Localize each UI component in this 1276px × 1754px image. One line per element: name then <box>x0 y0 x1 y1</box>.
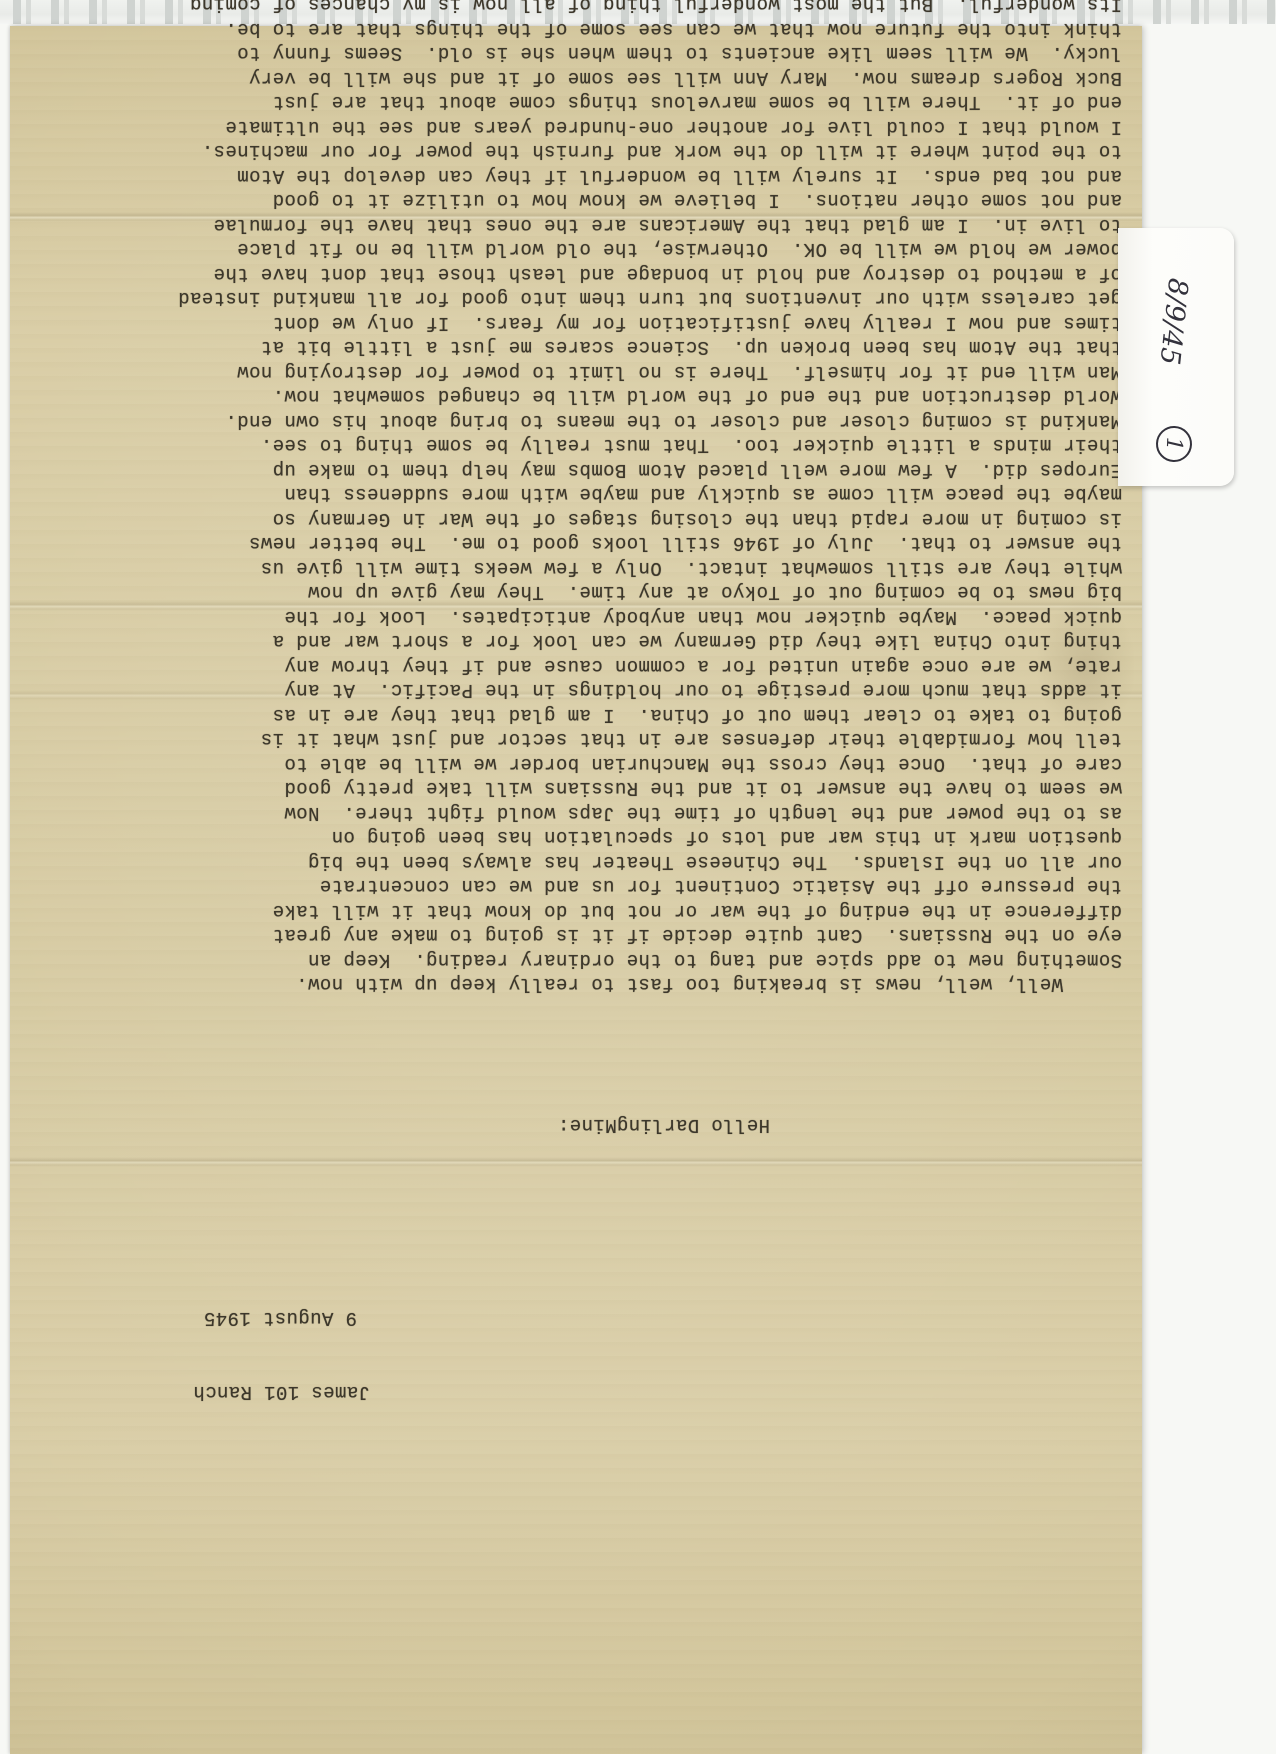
letter-body-line: quick peace. Maybe quicker now than anyb… <box>30 605 1122 630</box>
letter-body-line: times and now I really have justificatio… <box>30 311 1122 336</box>
letter-body-line: Well, well, news is breaking too fast to… <box>30 972 1122 997</box>
letter-body-line: end of it. There will be some marvelous … <box>30 90 1122 115</box>
letter-greeting: Hello DarlingMine: <box>30 1113 770 1138</box>
letter-body-line: and not some other nations. I believe we… <box>30 188 1122 213</box>
letter-body-line: I would that I could live for another on… <box>30 115 1122 140</box>
letter-body-line: question mark in this war and lots of sp… <box>30 825 1122 850</box>
letter-body-line: as to the power and the length of time t… <box>30 801 1122 826</box>
letter-body-line: going to take to clear them out of China… <box>30 703 1122 728</box>
letter-body-line: their minds a little quicker too. That m… <box>30 433 1122 458</box>
letter-body: Well, well, news is breaking too fast to… <box>30 0 1122 997</box>
letter-body-line: maybe the peace will come as quickly and… <box>30 482 1122 507</box>
letter-body-line: Its wonderful. But the most wonderful th… <box>30 0 1122 17</box>
letter-body-line: of a method to destroy and hold in bonda… <box>30 262 1122 287</box>
letter-body-line: care of that. Once they cross the Manchu… <box>30 752 1122 777</box>
letter-body-line: Man will end it for himself. There is no… <box>30 360 1122 385</box>
letter-body-line: lucky. We will seem like ancients to the… <box>30 41 1122 66</box>
letter-body-line: that the Atom has been broken up. Scienc… <box>30 335 1122 360</box>
letter-body-line: and not bad ends. It surely will be wond… <box>30 164 1122 189</box>
letter-body-line: difference in the ending of the war or n… <box>30 899 1122 924</box>
letter-body-line: thing into China like they did Germany w… <box>30 629 1122 654</box>
letter-body-line: Buck Rogers dreams now. Mary Ann will se… <box>30 66 1122 91</box>
letter-body-line: Mankind is coming closer and closer to t… <box>30 409 1122 434</box>
letter-body-line: big news to be coming out of Tokyo at an… <box>30 580 1122 605</box>
letter-body-line: tell how formidable their defenses are i… <box>30 727 1122 752</box>
letterhead-date: 9 August 1945 <box>30 1306 357 1331</box>
letter-body-line: it adds that much more prestige to our h… <box>30 678 1122 703</box>
letter-paper-scan: James 101 Ranch 9 August 1945 Hello Darl… <box>10 26 1142 1754</box>
letter-body-line: power we hold we will be OK. Otherwise, … <box>30 237 1122 262</box>
letter-body-line: rate, we are once again united for a com… <box>30 654 1122 679</box>
letter-body-line: we seem to have the answer to it and the… <box>30 776 1122 801</box>
letterhead-sender: James 101 Ranch <box>30 1380 370 1405</box>
tab-handwritten-date: 8/9/45 <box>1153 277 1193 367</box>
letter-body-line: World destruction and the end of the wor… <box>30 384 1122 409</box>
tab-page-number-circled: 1 <box>1155 425 1192 462</box>
letter-body-line: eye on the Russians. Cant quite decide i… <box>30 923 1122 948</box>
archival-tab-label: 8/9/45 1 <box>1118 228 1234 486</box>
letter-body-line: while they are still somewhat intact. On… <box>30 556 1122 581</box>
letter-body-line: Europes did. A few more well placed Atom… <box>30 458 1122 483</box>
letter-body-line: the answer to that. July of 1946 still l… <box>30 531 1122 556</box>
letter-body-line: to the point where it will do the work a… <box>30 139 1122 164</box>
letter-body-line: get careless with our inventions but tur… <box>30 286 1122 311</box>
letter-body-line: our all on the Islands. The Chineese The… <box>30 850 1122 875</box>
letter-body-line: the pressure off the Asiatic Continent f… <box>30 874 1122 899</box>
letter-body-line: Something new to add spice and tang to t… <box>30 948 1122 973</box>
letter-body-line: is coming in more rapid than the closing… <box>30 507 1122 532</box>
typewritten-letter-upside-down: James 101 Ranch 9 August 1945 Hello Darl… <box>10 26 1142 1754</box>
letterhead: James 101 Ranch 9 August 1945 <box>30 1257 370 1453</box>
letter-body-line: think into the future now that we can se… <box>30 17 1122 42</box>
letter-body-line: to live in. I am glad that the Americans… <box>30 213 1122 238</box>
